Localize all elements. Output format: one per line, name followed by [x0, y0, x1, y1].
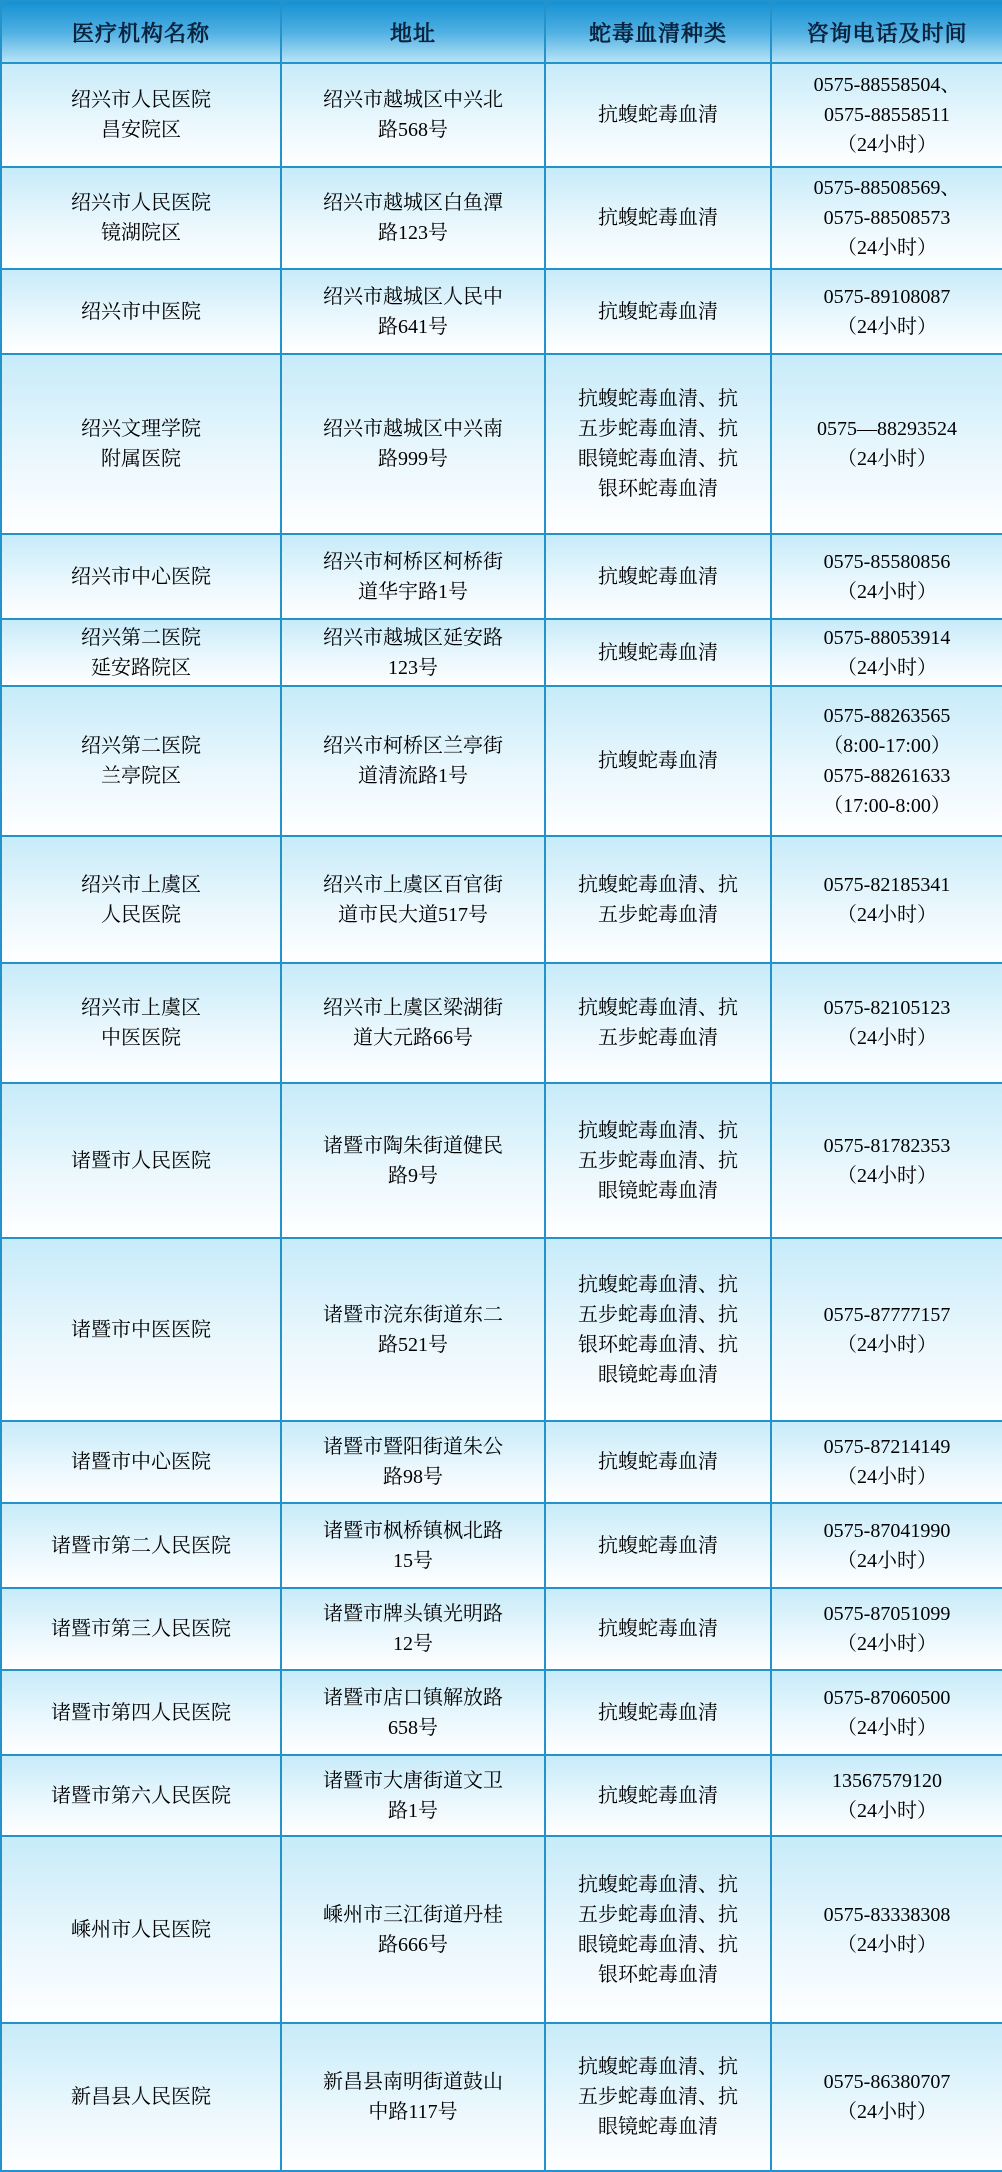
hospital-name-cell: 诸暨市中医医院: [1, 1238, 281, 1421]
address-cell: 绍兴市上虞区梁湖街 道大元路66号: [281, 963, 545, 1083]
header-institution-name: 医疗机构名称: [1, 1, 281, 63]
address-cell: 诸暨市大唐街道文卫 路1号: [281, 1755, 545, 1836]
phone-cell: 0575-83338308 （24小时）: [771, 1836, 1002, 2023]
table-row: 诸暨市人民医院 诸暨市陶朱街道健民 路9号 抗蝮蛇毒血清、抗 五步蛇毒血清、抗 …: [1, 1083, 1002, 1238]
serum-type-cell: 抗蝮蛇毒血清: [545, 167, 771, 269]
table-row: 绍兴市人民医院 镜湖院区 绍兴市越城区白鱼潭 路123号 抗蝮蛇毒血清 0575…: [1, 167, 1002, 269]
serum-type-cell: 抗蝮蛇毒血清: [545, 1588, 771, 1670]
table-row: 绍兴第二医院 兰亭院区 绍兴市柯桥区兰亭街 道清流路1号 抗蝮蛇毒血清 0575…: [1, 686, 1002, 836]
hospital-name-cell: 绍兴文理学院 附属医院: [1, 354, 281, 534]
serum-type-cell: 抗蝮蛇毒血清: [545, 1670, 771, 1755]
serum-type-cell: 抗蝮蛇毒血清: [545, 534, 771, 619]
table-row: 绍兴市上虞区 人民医院 绍兴市上虞区百官街 道市民大道517号 抗蝮蛇毒血清、抗…: [1, 836, 1002, 963]
phone-cell: 0575-88263565 （8:00-17:00） 0575-88261633…: [771, 686, 1002, 836]
table-row: 诸暨市中心医院 诸暨市暨阳街道朱公 路98号 抗蝮蛇毒血清 0575-87214…: [1, 1421, 1002, 1503]
address-cell: 诸暨市枫桥镇枫北路 15号: [281, 1503, 545, 1588]
phone-cell: 0575-87777157 （24小时）: [771, 1238, 1002, 1421]
hospital-name-cell: 诸暨市第六人民医院: [1, 1755, 281, 1836]
serum-type-cell: 抗蝮蛇毒血清: [545, 1503, 771, 1588]
serum-type-cell: 抗蝮蛇毒血清: [545, 1421, 771, 1503]
serum-type-cell: 抗蝮蛇毒血清、抗 五步蛇毒血清、抗 眼镜蛇毒血清: [545, 1083, 771, 1238]
table-row: 绍兴市中医院 绍兴市越城区人民中 路641号 抗蝮蛇毒血清 0575-89108…: [1, 269, 1002, 354]
serum-type-cell: 抗蝮蛇毒血清、抗 五步蛇毒血清: [545, 836, 771, 963]
serum-type-cell: 抗蝮蛇毒血清: [545, 1755, 771, 1836]
address-cell: 绍兴市越城区人民中 路641号: [281, 269, 545, 354]
phone-cell: 0575-85580856 （24小时）: [771, 534, 1002, 619]
header-address: 地址: [281, 1, 545, 63]
hospital-name-cell: 绍兴市中心医院: [1, 534, 281, 619]
hospital-name-cell: 绍兴市上虞区 人民医院: [1, 836, 281, 963]
table-row: 嵊州市人民医院 嵊州市三江街道丹桂 路666号 抗蝮蛇毒血清、抗 五步蛇毒血清、…: [1, 1836, 1002, 2023]
address-cell: 绍兴市上虞区百官街 道市民大道517号: [281, 836, 545, 963]
address-cell: 诸暨市牌头镇光明路 12号: [281, 1588, 545, 1670]
hospital-name-cell: 诸暨市第三人民医院: [1, 1588, 281, 1670]
address-cell: 绍兴市越城区中兴北 路568号: [281, 63, 545, 167]
table-row: 绍兴文理学院 附属医院 绍兴市越城区中兴南 路999号 抗蝮蛇毒血清、抗 五步蛇…: [1, 354, 1002, 534]
serum-type-cell: 抗蝮蛇毒血清、抗 五步蛇毒血清、抗 眼镜蛇毒血清、抗 银环蛇毒血清: [545, 1836, 771, 2023]
phone-cell: 0575—88293524 （24小时）: [771, 354, 1002, 534]
phone-cell: 0575-88558504、 0575-88558511 （24小时）: [771, 63, 1002, 167]
serum-type-cell: 抗蝮蛇毒血清、抗 五步蛇毒血清、抗 眼镜蛇毒血清、抗 银环蛇毒血清: [545, 354, 771, 534]
hospital-name-cell: 新昌县人民医院: [1, 2023, 281, 2171]
hospital-name-cell: 绍兴第二医院 兰亭院区: [1, 686, 281, 836]
table-row: 诸暨市第二人民医院 诸暨市枫桥镇枫北路 15号 抗蝮蛇毒血清 0575-8704…: [1, 1503, 1002, 1588]
table-row: 绍兴市上虞区 中医医院 绍兴市上虞区梁湖街 道大元路66号 抗蝮蛇毒血清、抗 五…: [1, 963, 1002, 1083]
phone-cell: 0575-87051099 （24小时）: [771, 1588, 1002, 1670]
hospital-name-cell: 诸暨市中心医院: [1, 1421, 281, 1503]
phone-cell: 0575-89108087 （24小时）: [771, 269, 1002, 354]
address-cell: 诸暨市暨阳街道朱公 路98号: [281, 1421, 545, 1503]
antivenom-table-wrapper: 医疗机构名称 地址 蛇毒血清种类 咨询电话及时间 绍兴市人民医院 昌安院区 绍兴…: [0, 0, 1002, 2172]
serum-type-cell: 抗蝮蛇毒血清: [545, 686, 771, 836]
hospital-name-cell: 诸暨市第二人民医院: [1, 1503, 281, 1588]
table-row: 诸暨市第六人民医院 诸暨市大唐街道文卫 路1号 抗蝮蛇毒血清 135675791…: [1, 1755, 1002, 1836]
phone-cell: 0575-86380707 （24小时）: [771, 2023, 1002, 2171]
hospital-name-cell: 嵊州市人民医院: [1, 1836, 281, 2023]
address-cell: 绍兴市柯桥区柯桥街 道华宇路1号: [281, 534, 545, 619]
hospital-name-cell: 绍兴市人民医院 昌安院区: [1, 63, 281, 167]
hospital-name-cell: 诸暨市第四人民医院: [1, 1670, 281, 1755]
serum-type-cell: 抗蝮蛇毒血清: [545, 269, 771, 354]
table-row: 新昌县人民医院 新昌县南明街道鼓山 中路117号 抗蝮蛇毒血清、抗 五步蛇毒血清…: [1, 2023, 1002, 2171]
hospital-name-cell: 绍兴市人民医院 镜湖院区: [1, 167, 281, 269]
phone-cell: 0575-87060500 （24小时）: [771, 1670, 1002, 1755]
table-row: 绍兴市中心医院 绍兴市柯桥区柯桥街 道华宇路1号 抗蝮蛇毒血清 0575-855…: [1, 534, 1002, 619]
antivenom-hospital-table: 医疗机构名称 地址 蛇毒血清种类 咨询电话及时间 绍兴市人民医院 昌安院区 绍兴…: [0, 0, 1002, 2172]
serum-type-cell: 抗蝮蛇毒血清、抗 五步蛇毒血清、抗 银环蛇毒血清、抗 眼镜蛇毒血清: [545, 1238, 771, 1421]
address-cell: 诸暨市陶朱街道健民 路9号: [281, 1083, 545, 1238]
address-cell: 诸暨市浣东街道东二 路521号: [281, 1238, 545, 1421]
address-cell: 绍兴市越城区延安路 123号: [281, 619, 545, 686]
address-cell: 绍兴市越城区白鱼潭 路123号: [281, 167, 545, 269]
hospital-name-cell: 绍兴市中医院: [1, 269, 281, 354]
table-header-row: 医疗机构名称 地址 蛇毒血清种类 咨询电话及时间: [1, 1, 1002, 63]
header-serum-type: 蛇毒血清种类: [545, 1, 771, 63]
header-phone-time: 咨询电话及时间: [771, 1, 1002, 63]
address-cell: 新昌县南明街道鼓山 中路117号: [281, 2023, 545, 2171]
phone-cell: 0575-88508569、 0575-88508573 （24小时）: [771, 167, 1002, 269]
address-cell: 诸暨市店口镇解放路 658号: [281, 1670, 545, 1755]
serum-type-cell: 抗蝮蛇毒血清、抗 五步蛇毒血清、抗 眼镜蛇毒血清: [545, 2023, 771, 2171]
serum-type-cell: 抗蝮蛇毒血清、抗 五步蛇毒血清: [545, 963, 771, 1083]
table-row: 诸暨市第三人民医院 诸暨市牌头镇光明路 12号 抗蝮蛇毒血清 0575-8705…: [1, 1588, 1002, 1670]
phone-cell: 0575-82105123 （24小时）: [771, 963, 1002, 1083]
hospital-name-cell: 诸暨市人民医院: [1, 1083, 281, 1238]
phone-cell: 13567579120 （24小时）: [771, 1755, 1002, 1836]
table-row: 绍兴市人民医院 昌安院区 绍兴市越城区中兴北 路568号 抗蝮蛇毒血清 0575…: [1, 63, 1002, 167]
address-cell: 嵊州市三江街道丹桂 路666号: [281, 1836, 545, 2023]
table-row: 诸暨市第四人民医院 诸暨市店口镇解放路 658号 抗蝮蛇毒血清 0575-870…: [1, 1670, 1002, 1755]
phone-cell: 0575-87041990 （24小时）: [771, 1503, 1002, 1588]
serum-type-cell: 抗蝮蛇毒血清: [545, 619, 771, 686]
phone-cell: 0575-87214149 （24小时）: [771, 1421, 1002, 1503]
address-cell: 绍兴市柯桥区兰亭街 道清流路1号: [281, 686, 545, 836]
hospital-name-cell: 绍兴市上虞区 中医医院: [1, 963, 281, 1083]
table-row: 绍兴第二医院 延安路院区 绍兴市越城区延安路 123号 抗蝮蛇毒血清 0575-…: [1, 619, 1002, 686]
phone-cell: 0575-82185341 （24小时）: [771, 836, 1002, 963]
hospital-name-cell: 绍兴第二医院 延安路院区: [1, 619, 281, 686]
address-cell: 绍兴市越城区中兴南 路999号: [281, 354, 545, 534]
table-row: 诸暨市中医医院 诸暨市浣东街道东二 路521号 抗蝮蛇毒血清、抗 五步蛇毒血清、…: [1, 1238, 1002, 1421]
phone-cell: 0575-88053914 （24小时）: [771, 619, 1002, 686]
phone-cell: 0575-81782353 （24小时）: [771, 1083, 1002, 1238]
serum-type-cell: 抗蝮蛇毒血清: [545, 63, 771, 167]
